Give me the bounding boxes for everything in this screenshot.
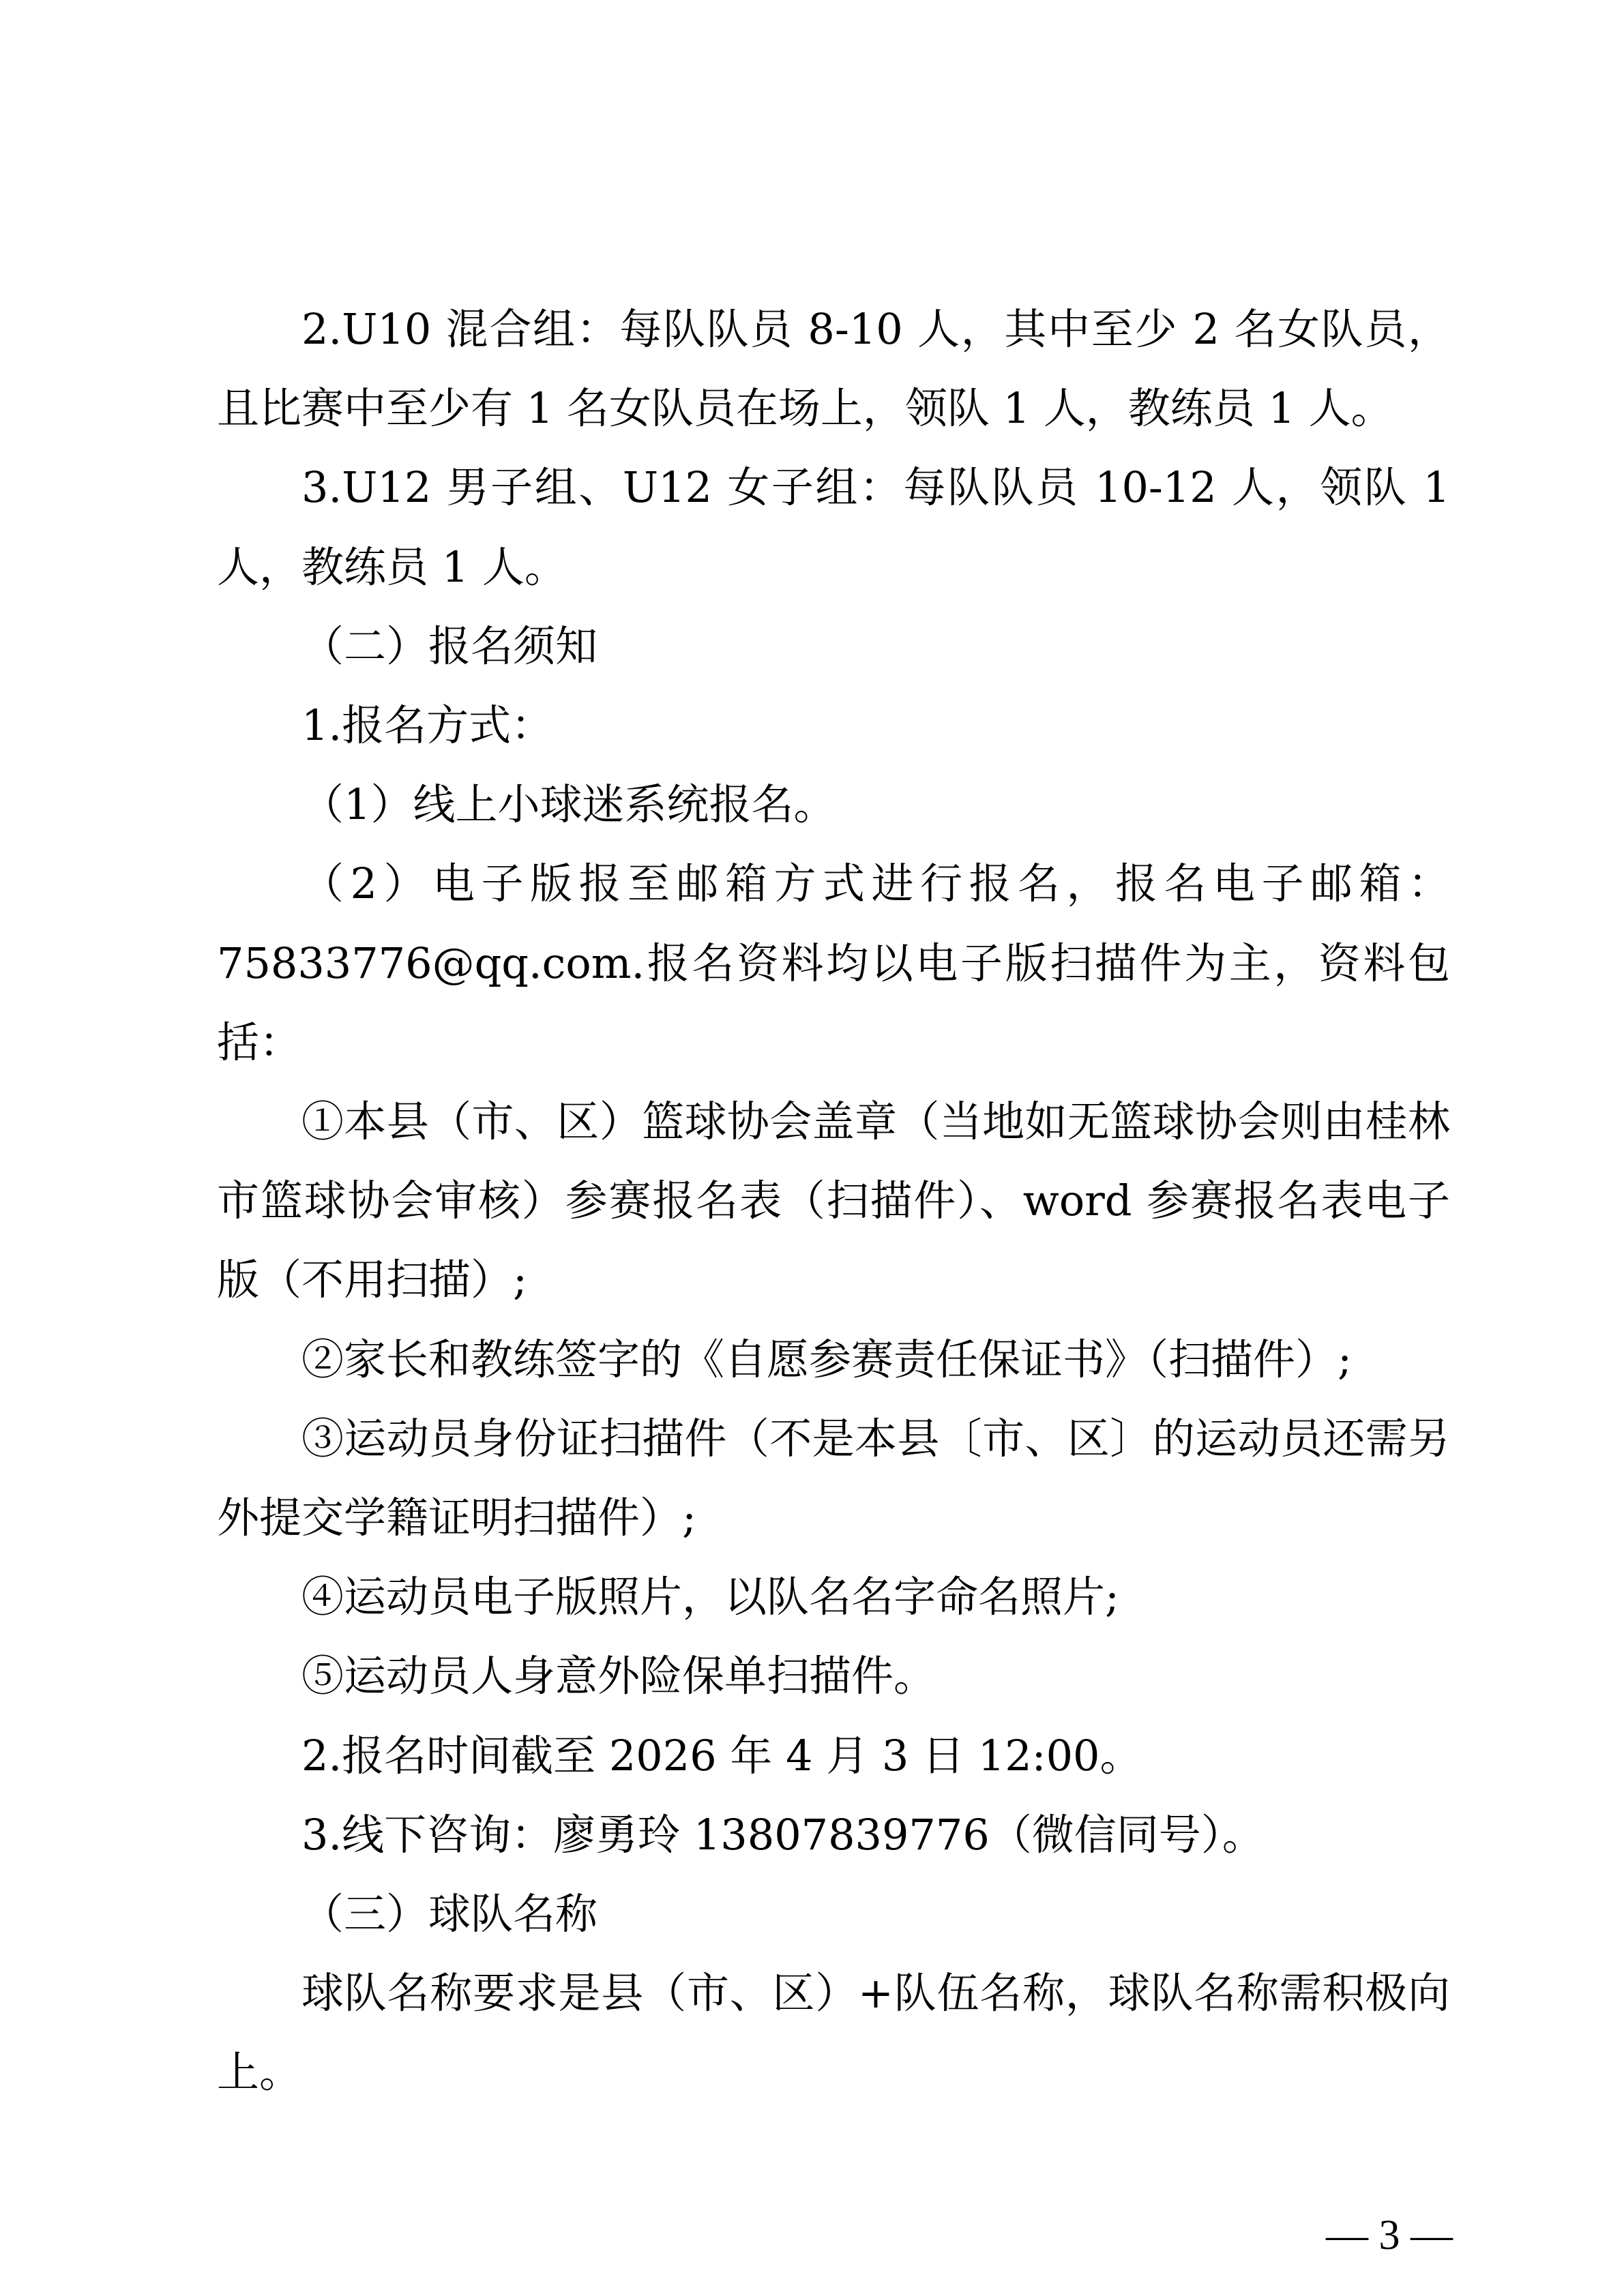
paragraph-registration-method: 1.报名方式： xyxy=(217,686,1450,765)
page-number: — 3 — xyxy=(1316,2208,1453,2263)
paragraph-team-name-rule: 球队名称要求是县（市、区）+队伍名称，球队名称需积极向上。 xyxy=(217,1954,1450,2112)
paragraph-u10-mixed-group: 2.U10 混合组：每队队员 8-10 人，其中至少 2 名女队员，且比赛中至少… xyxy=(217,290,1450,448)
paragraph-registration-deadline: 2.报名时间截至 2026 年 4 月 3 日 12:00。 xyxy=(217,1716,1450,1795)
paragraph-online-registration: （1）线上小球迷系统报名。 xyxy=(217,765,1450,844)
paragraph-material-2: ②家长和教练签字的《自愿参赛责任保证书》（扫描件）; xyxy=(217,1320,1450,1399)
paragraph-material-4: ④运动员电子版照片，以队名名字命名照片; xyxy=(217,1557,1450,1637)
document-body: 2.U10 混合组：每队队员 8-10 人，其中至少 2 名女队员，且比赛中至少… xyxy=(217,290,1450,2113)
paragraph-u12-groups: 3.U12 男子组、U12 女子组：每队队员 10-12 人，领队 1 人，教练… xyxy=(217,448,1450,606)
paragraph-material-3: ③运动员身份证扫描件（不是本县〔市、区〕的运动员还需另外提交学籍证明扫描件）; xyxy=(217,1399,1450,1557)
document-page: 2.U10 混合组：每队队员 8-10 人，其中至少 2 名女队员，且比赛中至少… xyxy=(0,0,1624,2296)
paragraph-email-registration: （2）电子版报至邮箱方式进行报名，报名电子邮箱：75833776@qq.com.… xyxy=(217,844,1450,1082)
paragraph-material-1: ①本县（市、区）篮球协会盖章（当地如无篮球协会则由桂林市篮球协会审核）参赛报名表… xyxy=(217,1082,1450,1320)
paragraph-material-5: ⑤运动员人身意外险保单扫描件。 xyxy=(217,1637,1450,1716)
section-heading-team-name: （三）球队名称 xyxy=(217,1875,1450,1954)
paragraph-offline-consultation: 3.线下咨询：廖勇玲 13807839776（微信同号）。 xyxy=(217,1795,1450,1875)
section-heading-registration-notice: （二）报名须知 xyxy=(217,607,1450,686)
